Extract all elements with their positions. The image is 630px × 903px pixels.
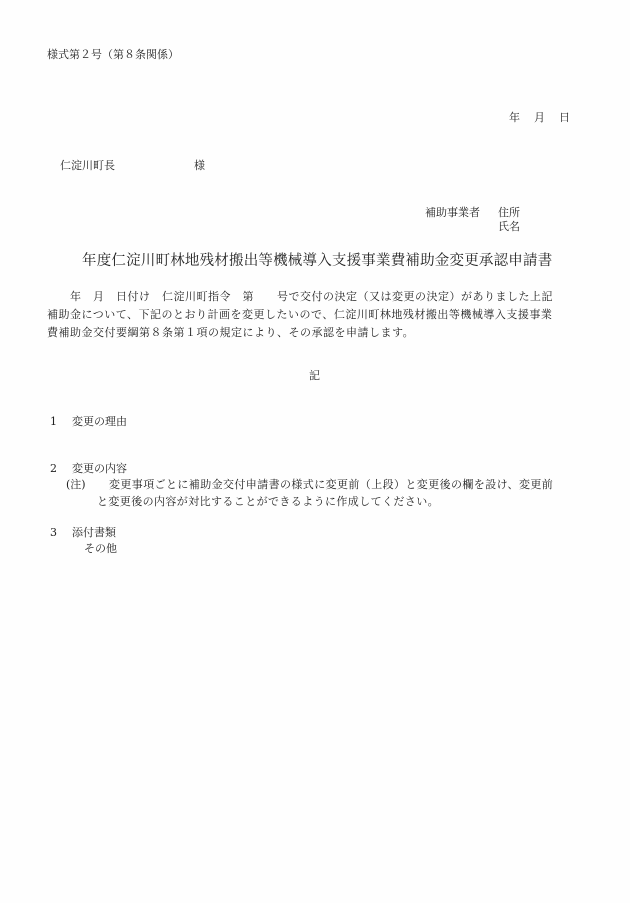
addressee-honorific: 様 (194, 160, 205, 172)
item-number: 3 (50, 526, 57, 539)
item-3-sub: その他 (84, 543, 117, 555)
addressee: 仁淀川町長 様 (60, 160, 115, 172)
note-label: (注) (66, 479, 86, 491)
date-line: 年月日 (509, 112, 570, 124)
item-number: 1 (50, 415, 57, 428)
applicant-name-label: 氏名 (498, 221, 520, 233)
item-1: 1 変更の理由 (50, 416, 57, 428)
item-3: 3 添付書類 (50, 527, 57, 539)
date-month: 月 (534, 111, 545, 124)
applicant-label: 補助事業者 (425, 207, 480, 219)
body-line: 年 月 日付け 仁淀川町指令 第 号で交付の決定（又は変更の決定）がありました上… (47, 288, 587, 306)
note-line: 変更事項ごとに補助金交付申請書の様式に変更前（上段）と変更後の欄を設け、変更前 (109, 479, 553, 491)
item-label: 添付書類 (72, 527, 116, 539)
body-paragraph: 年 月 日付け 仁淀川町指令 第 号で交付の決定（又は変更の決定）がありました上… (47, 288, 587, 342)
form-number: 様式第２号（第８条関係） (47, 49, 179, 61)
item-label: 変更の理由 (72, 416, 127, 428)
item-label: 変更の内容 (72, 463, 127, 475)
ki-heading: 記 (309, 370, 320, 382)
body-line: 費補助金交付要綱第８条第１項の規定により、その承認を申請します。 (47, 324, 587, 342)
date-year: 年 (509, 111, 520, 124)
note-line: と変更後の内容が対比することができるように作成してください。 (97, 496, 439, 508)
applicant-address-label: 住所 (498, 207, 520, 219)
body-line: 補助金について、下記のとおり計画を変更したいので、仁淀川町林地残材搬出等機械導入… (47, 306, 587, 324)
item-number: 2 (50, 462, 57, 475)
document-title: 年度仁淀川町林地残材搬出等機械導入支援事業費補助金変更承認申請書 (82, 253, 552, 269)
addressee-name: 仁淀川町長 (60, 159, 115, 172)
date-day: 日 (559, 111, 570, 124)
item-2: 2 変更の内容 (50, 463, 57, 475)
